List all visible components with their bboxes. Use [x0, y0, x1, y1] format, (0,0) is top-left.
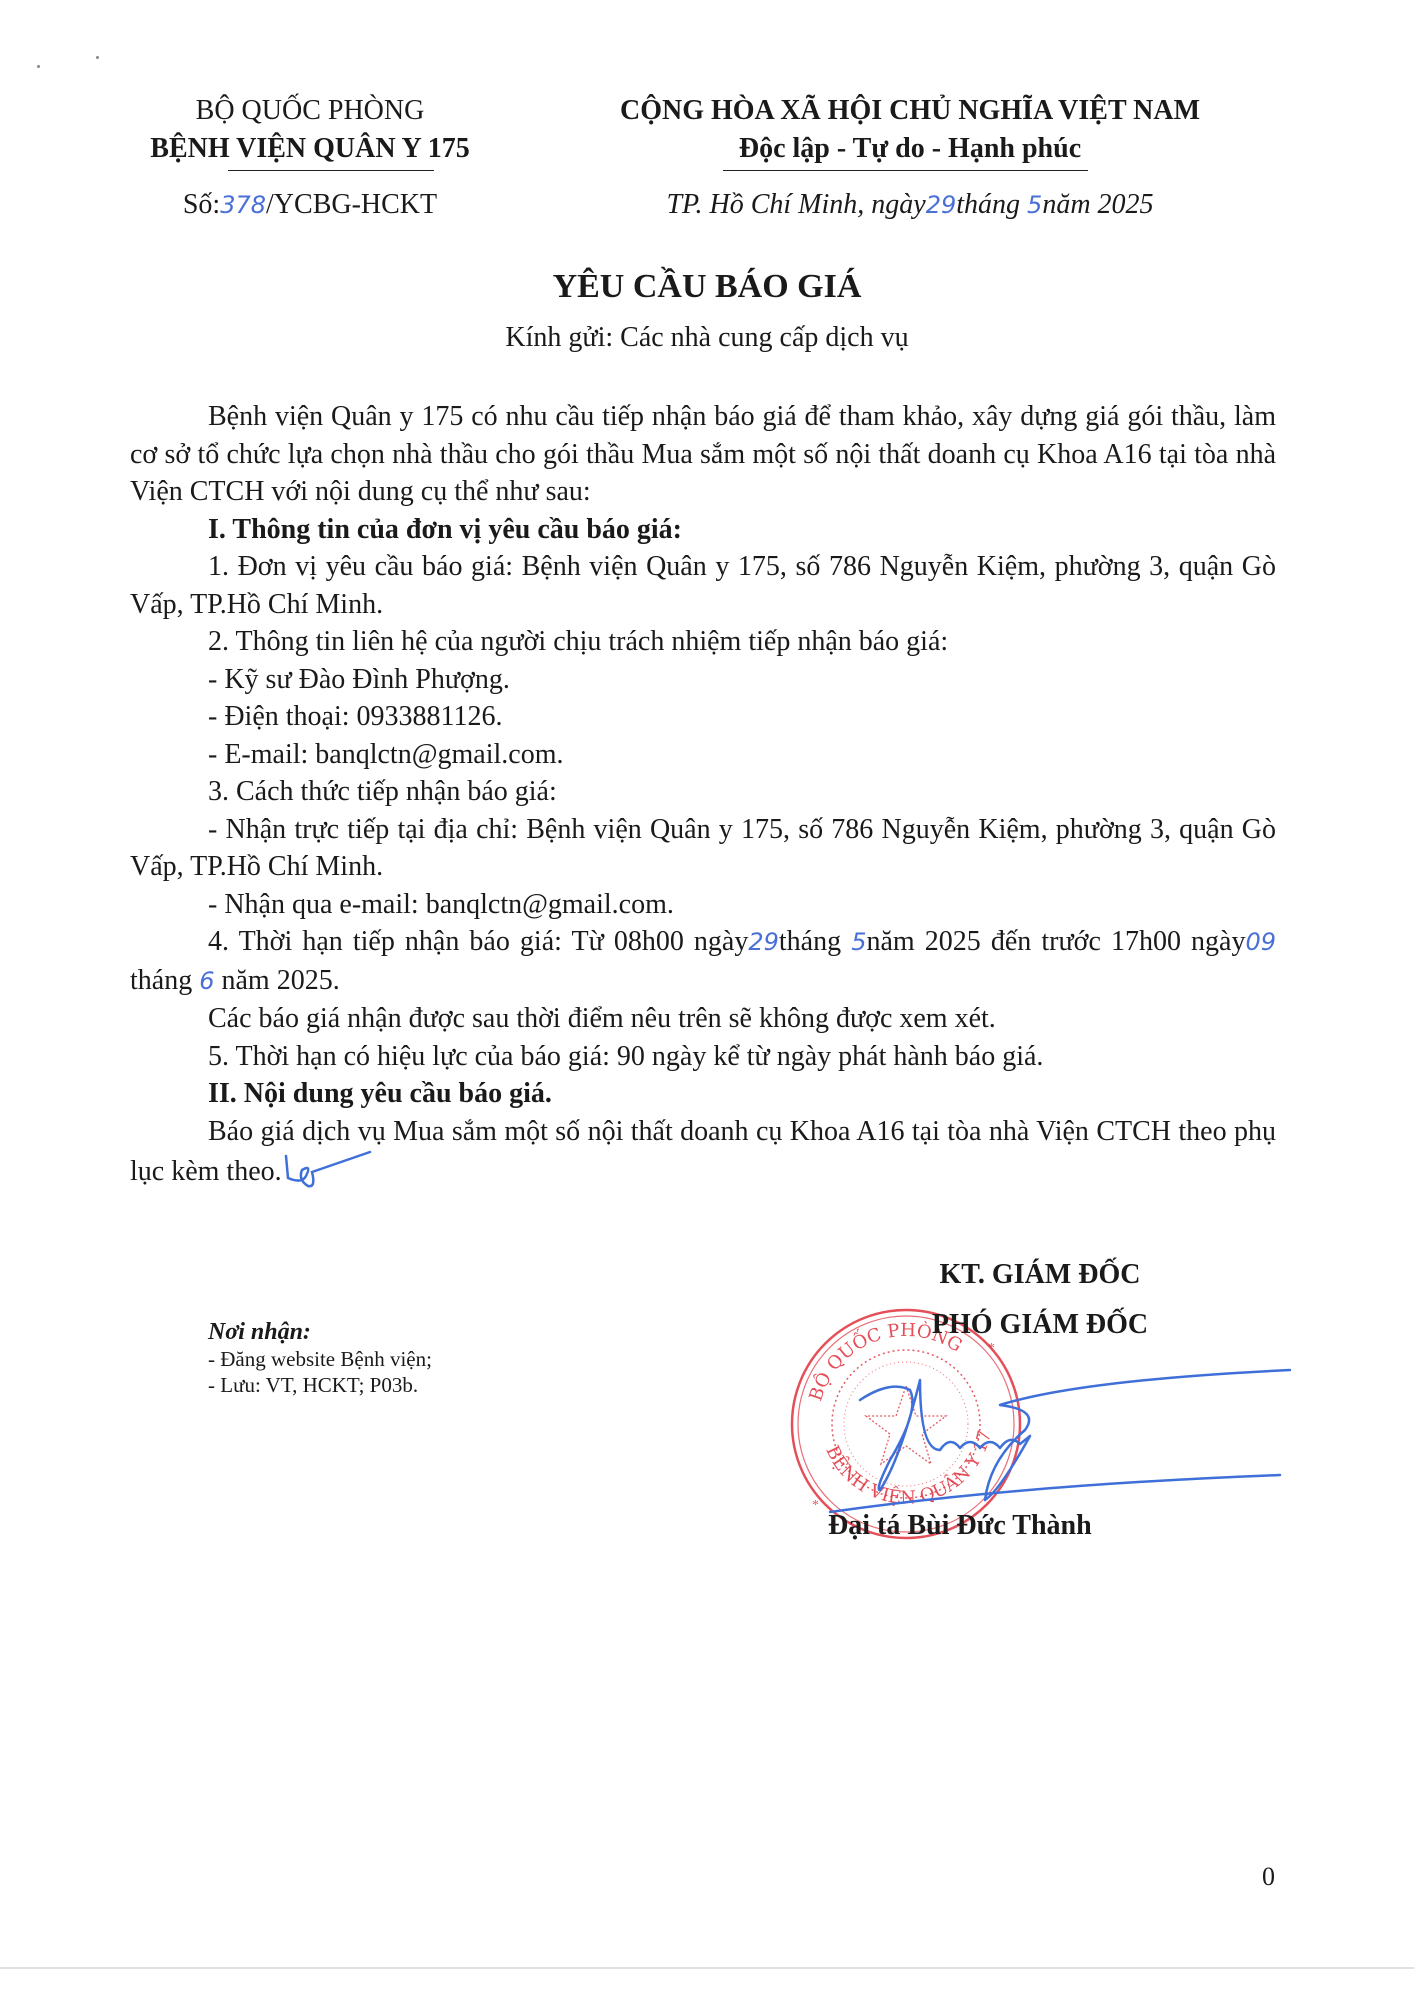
- handwritten-start-month: 5: [851, 928, 866, 956]
- recipient-item: - Lưu: VT, HCKT; P03b.: [208, 1372, 432, 1398]
- page-number: 0: [1262, 1862, 1275, 1892]
- national-header: CỘNG HÒA XÃ HỘI CHỦ NGHĨA VIỆT NAM Độc l…: [560, 92, 1260, 224]
- deadline-text-c: năm 2025 đến trước 17h00 ngày: [867, 926, 1246, 957]
- initial-mark-icon: [282, 1150, 372, 1190]
- national-motto: Độc lập - Tự do - Hạnh phúc: [560, 130, 1260, 168]
- document-title: YÊU CẦU BÁO GIÁ: [0, 268, 1414, 306]
- unit-name: BỆNH VIỆN QUÂN Y 175: [120, 130, 500, 168]
- number-prefix: Số:: [183, 189, 220, 220]
- republic-name: CỘNG HÒA XÃ HỘI CHỦ NGHĨA VIỆT NAM: [560, 92, 1260, 130]
- intro-paragraph: Bệnh viện Quân y 175 có nhu cầu tiếp nhậ…: [130, 398, 1276, 511]
- document-body: Bệnh viện Quân y 175 có nhu cầu tiếp nhậ…: [130, 398, 1276, 1191]
- handwritten-number: 378: [220, 191, 266, 219]
- handwritten-month: 5: [1027, 191, 1042, 219]
- section-1-item-1: 1. Đơn vị yêu cầu báo giá: Bệnh viện Quâ…: [130, 548, 1276, 623]
- recipient-item: - Đăng website Bệnh viện;: [208, 1346, 432, 1372]
- deadline-text-b: tháng: [779, 926, 841, 957]
- scan-speck: [96, 56, 99, 59]
- header-underline: [228, 170, 434, 171]
- handwritten-start-day: 29: [748, 928, 779, 956]
- receive-direct: - Nhận trực tiếp tại địa chỉ: Bệnh viện …: [130, 811, 1276, 886]
- number-suffix: /YCBG-HCKT: [266, 189, 437, 220]
- date-year: năm 2025: [1042, 189, 1153, 220]
- recipient-line: Kính gửi: Các nhà cung cấp dịch vụ: [0, 322, 1414, 354]
- page-bottom-edge: [0, 1967, 1414, 1969]
- late-note: Các báo giá nhận được sau thời điểm nêu …: [130, 1000, 1276, 1038]
- section-1-item-3: 3. Cách thức tiếp nhận báo giá:: [130, 773, 1276, 811]
- deadline-text-d: tháng: [130, 965, 192, 996]
- section-2-content: Báo giá dịch vụ Mua sắm một số nội thất …: [130, 1113, 1276, 1191]
- section-2-heading: II. Nội dung yêu cầu báo giá.: [130, 1075, 1276, 1113]
- svg-text:*: *: [812, 1498, 819, 1513]
- section-1-item-2: 2. Thông tin liên hệ của người chịu trác…: [130, 623, 1276, 661]
- on-behalf-label: KT. GIÁM ĐỐC: [780, 1250, 1300, 1300]
- handwritten-signature-icon: [820, 1340, 1300, 1530]
- signature-block: KT. GIÁM ĐỐC PHÓ GIÁM ĐỐC: [780, 1250, 1300, 1350]
- signer-name: Đại tá Bùi Đức Thành: [828, 1510, 1092, 1542]
- document-number: Số:378/YCBG-HCKT: [120, 186, 500, 224]
- section-1-item-5: 5. Thời hạn có hiệu lực của báo giá: 90 …: [130, 1038, 1276, 1076]
- contact-email[interactable]: - E-mail: banqlctn@gmail.com.: [130, 736, 1276, 774]
- recipients-heading: Nơi nhận:: [208, 1318, 432, 1346]
- handwritten-end-month: 6: [199, 967, 214, 995]
- issue-date: TP. Hồ Chí Minh, ngày29tháng 5năm 2025: [560, 186, 1260, 224]
- contact-phone: - Điện thoại: 0933881126.: [130, 698, 1276, 736]
- scan-speck: [37, 65, 40, 68]
- deadline-text-e: năm 2025.: [222, 965, 340, 996]
- issuer-header: BỘ QUỐC PHÒNG BỆNH VIỆN QUÂN Y 175 Số:37…: [120, 92, 500, 224]
- section-1-item-4: 4. Thời hạn tiếp nhận báo giá: Từ 08h00 …: [130, 923, 1276, 1000]
- handwritten-day: 29: [926, 191, 957, 219]
- receive-email[interactable]: - Nhận qua e-mail: banqlctn@gmail.com.: [130, 886, 1276, 924]
- contact-name: - Kỹ sư Đào Đình Phượng.: [130, 661, 1276, 699]
- month-label: tháng: [956, 189, 1020, 220]
- ministry-name: BỘ QUỐC PHÒNG: [120, 92, 500, 130]
- date-place: TP. Hồ Chí Minh, ngày: [666, 189, 925, 220]
- motto-underline: [723, 170, 1088, 171]
- deadline-text-a: 4. Thời hạn tiếp nhận báo giá: Từ 08h00 …: [208, 926, 748, 957]
- section-1-heading: I. Thông tin của đơn vị yêu cầu báo giá:: [130, 511, 1276, 549]
- recipients-block: Nơi nhận: - Đăng website Bệnh viện; - Lư…: [208, 1318, 432, 1398]
- handwritten-end-day: 09: [1245, 928, 1276, 956]
